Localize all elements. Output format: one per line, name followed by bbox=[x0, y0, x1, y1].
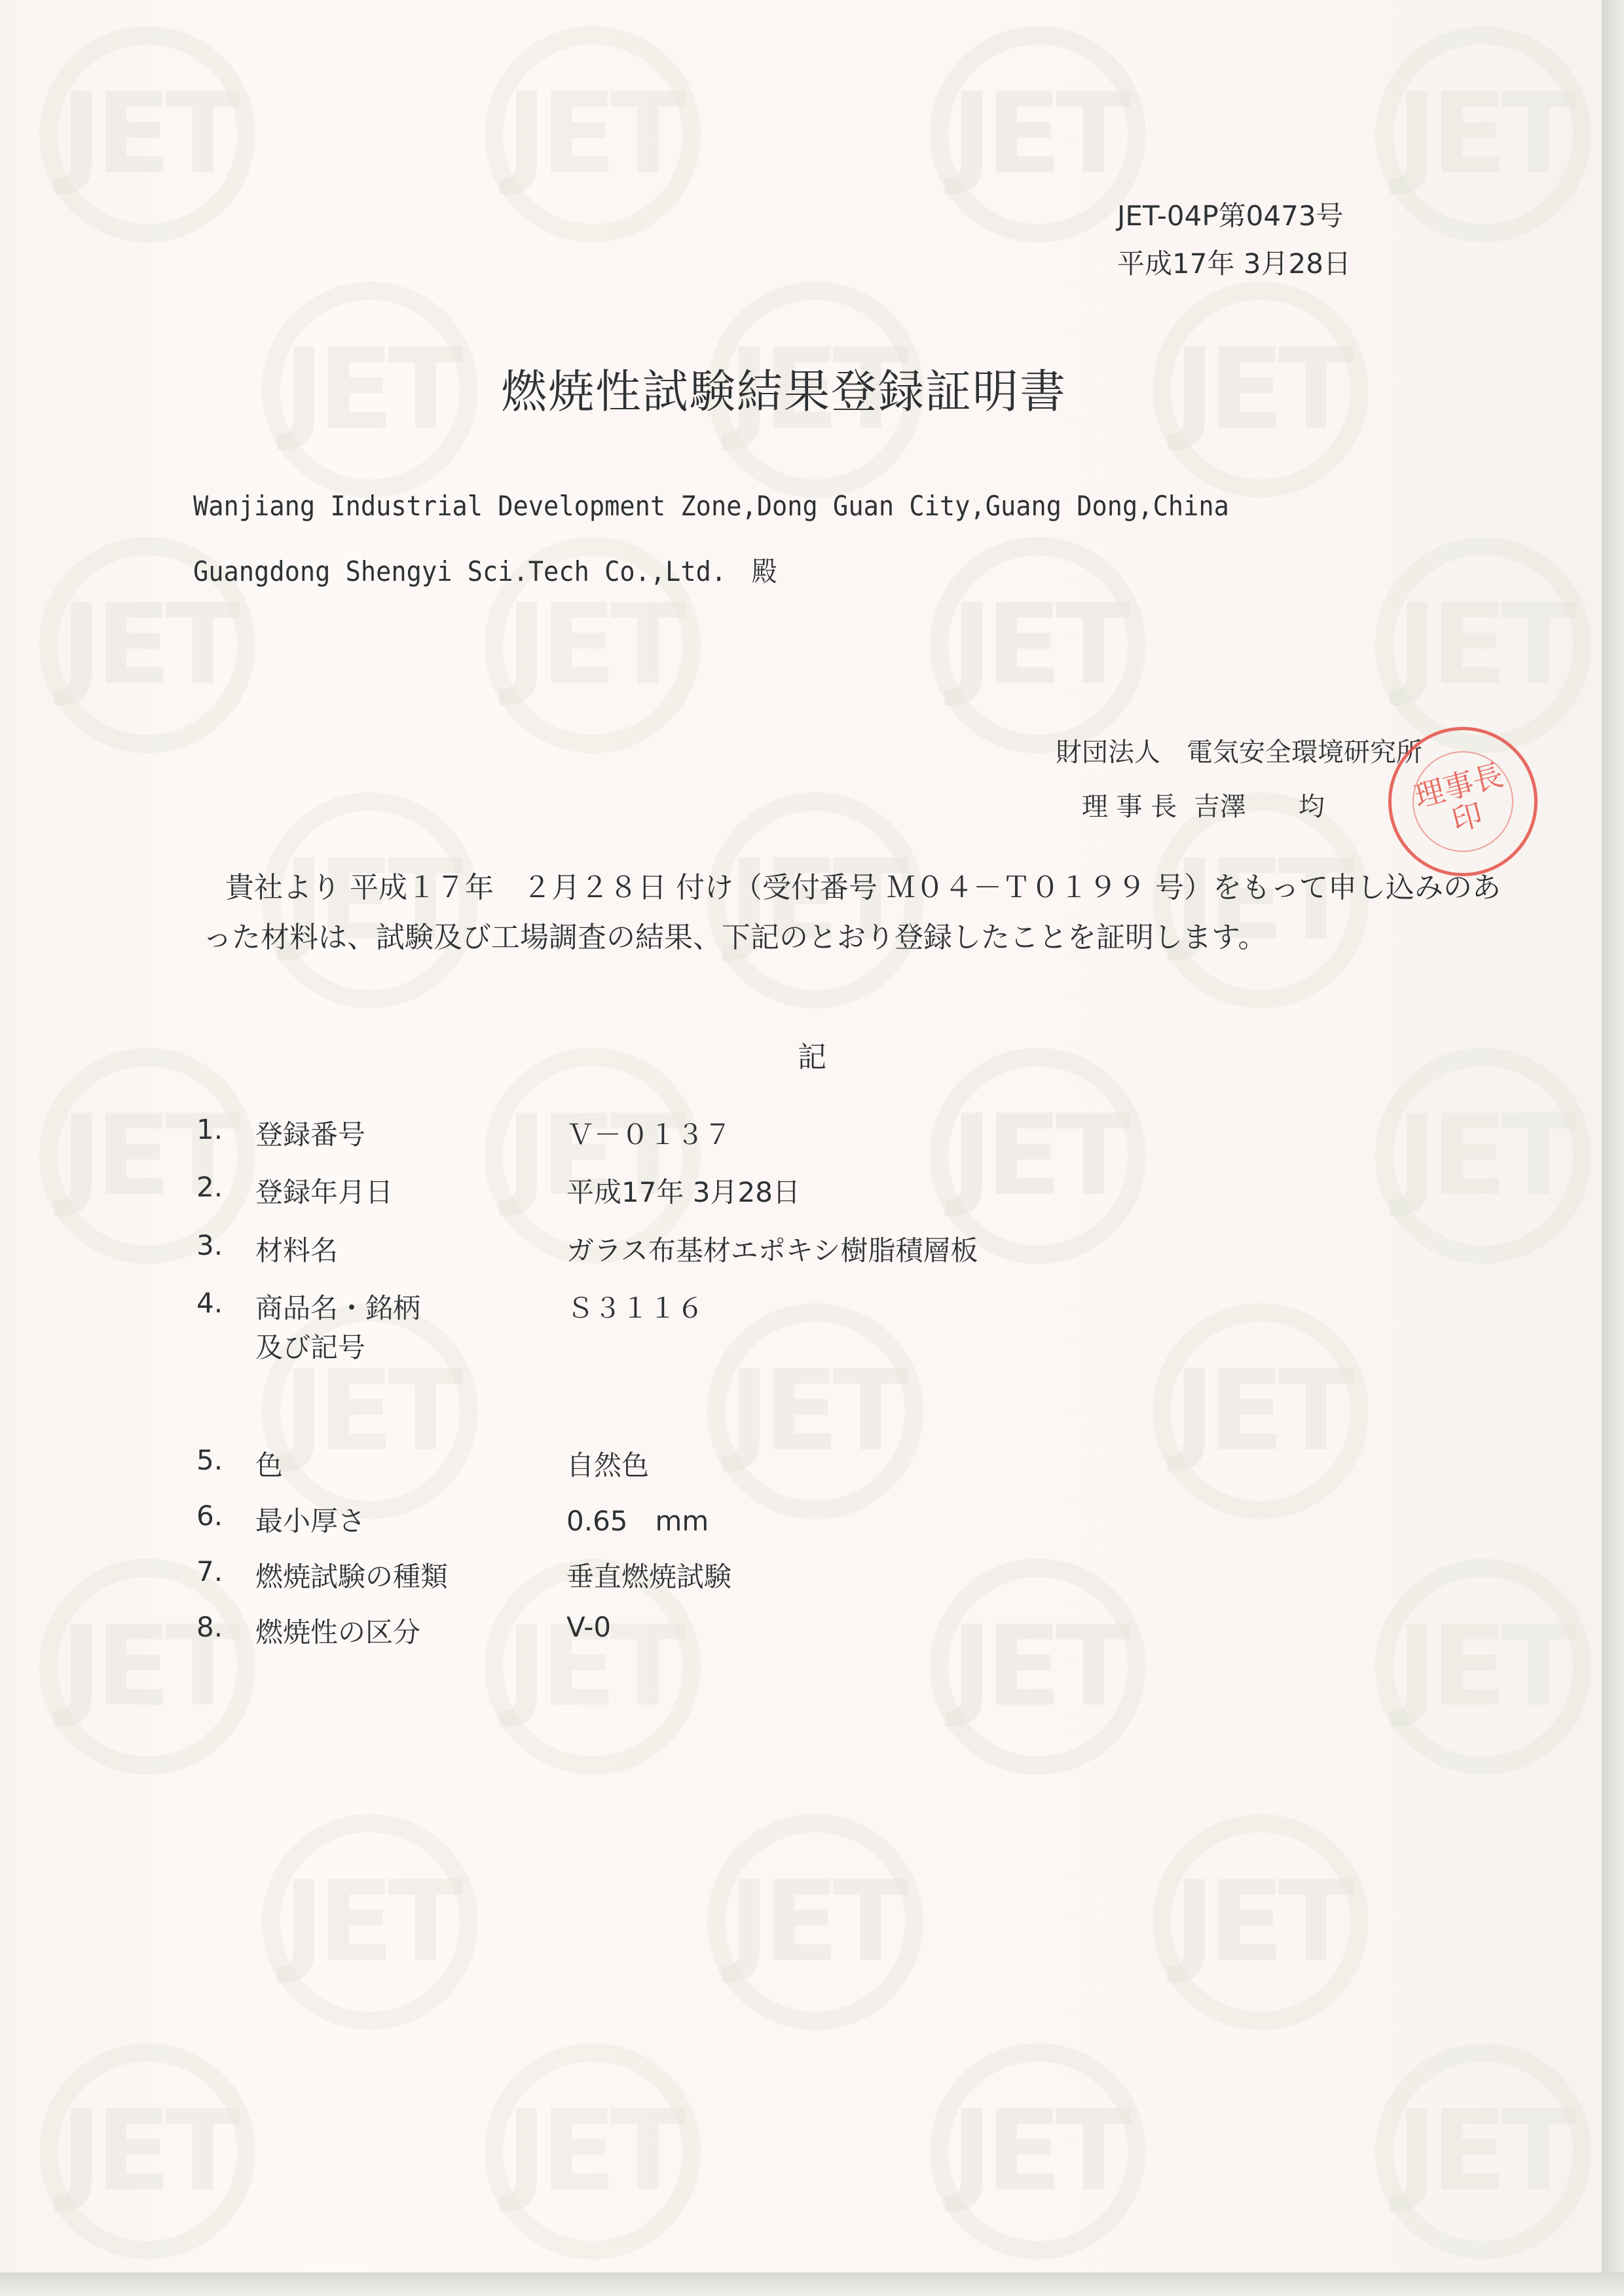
item-number: 7. bbox=[196, 1555, 249, 1587]
watermark-text: JET bbox=[1173, 1346, 1347, 1476]
item-number: 5. bbox=[196, 1444, 249, 1476]
item-number: 2. bbox=[196, 1171, 249, 1203]
jet-watermark-icon: JET bbox=[930, 1559, 1146, 1775]
watermark-text: JET bbox=[728, 1857, 902, 1987]
watermark-text: JET bbox=[283, 1857, 456, 1987]
item-label: 材料名 bbox=[255, 1229, 338, 1268]
jet-watermark-icon: JET bbox=[1375, 537, 1591, 753]
jet-watermark-icon: JET bbox=[1375, 1048, 1591, 1264]
watermark-text: JET bbox=[1396, 1602, 1570, 1731]
watermark-text: JET bbox=[1396, 69, 1570, 199]
item-value: ガラス布基材エポキシ樹脂積層板 bbox=[566, 1229, 978, 1268]
jet-watermark-icon: JET bbox=[485, 26, 701, 242]
watermark-text: JET bbox=[951, 1602, 1124, 1731]
jet-watermark-icon: JET bbox=[707, 1814, 923, 2030]
jet-watermark-icon: JET bbox=[1153, 282, 1369, 498]
watermark-text: JET bbox=[60, 580, 234, 710]
watermark-text: JET bbox=[951, 1091, 1124, 1221]
certification-text: 貴社より 平成１７年 ２月２８日 付け（受付番号 Ｍ０４－Ｔ０１９９ 号）をもっ… bbox=[203, 871, 1501, 954]
jet-watermark-icon: JET bbox=[39, 1559, 255, 1775]
document-title: 燃焼性試験結果登録証明書 bbox=[501, 355, 1067, 421]
jet-watermark-icon: JET bbox=[930, 26, 1146, 242]
jet-watermark-icon: JET bbox=[262, 282, 478, 498]
item-label: 登録番号 bbox=[255, 1113, 365, 1153]
watermark-text: JET bbox=[728, 1346, 902, 1476]
jet-watermark-icon: JET bbox=[1153, 1814, 1369, 2030]
watermark-text: JET bbox=[60, 2086, 234, 2216]
item-value: 垂直燃焼試験 bbox=[566, 1555, 731, 1595]
watermark-text: JET bbox=[951, 69, 1124, 199]
item-label: 登録年月日 bbox=[255, 1171, 393, 1210]
watermark-text: JET bbox=[1396, 580, 1570, 710]
watermark-text: JET bbox=[506, 2086, 679, 2216]
watermark-text: JET bbox=[506, 580, 679, 710]
item-label: 最小厚さ bbox=[255, 1500, 365, 1539]
issuer-signatory: 理 事 長 吉澤 均 bbox=[1082, 786, 1325, 823]
item-value: Ｓ３１１６ bbox=[566, 1287, 704, 1326]
watermark-text: JET bbox=[1396, 1091, 1570, 1221]
item-label: 商品名・銘柄 及び記号 bbox=[255, 1287, 420, 1365]
watermark-text: JET bbox=[1396, 2086, 1570, 2216]
item-number: 4. bbox=[196, 1287, 249, 1319]
item-number: 6. bbox=[196, 1500, 249, 1532]
item-label: 色 bbox=[255, 1444, 283, 1483]
watermark-text: JET bbox=[951, 580, 1124, 710]
official-seal-icon: 理事長印 bbox=[1388, 727, 1538, 876]
scan-edge-right bbox=[1602, 0, 1624, 2296]
watermark-text: JET bbox=[951, 2086, 1124, 2216]
issuer-organization: 財団法人 電気安全環境研究所 bbox=[1056, 731, 1422, 769]
watermark-text: JET bbox=[1173, 325, 1347, 454]
certification-statement: 貴社より 平成１７年 ２月２８日 付け（受付番号 Ｍ０４－Ｔ０１９９ 号）をもっ… bbox=[203, 863, 1526, 963]
reference-number: JET-04P第0473号 bbox=[1117, 196, 1344, 236]
item-value: Ｖ－０１３７ bbox=[566, 1113, 731, 1153]
watermark-text: JET bbox=[283, 325, 456, 454]
jet-watermark-icon: JET bbox=[262, 1814, 478, 2030]
item-label: 燃焼性の区分 bbox=[255, 1611, 420, 1650]
jet-watermark-icon: JET bbox=[930, 537, 1146, 753]
item-value: 平成17年 3月28日 bbox=[566, 1171, 800, 1210]
issue-date: 平成17年 3月28日 bbox=[1117, 242, 1351, 282]
item-value: V-0 bbox=[566, 1611, 611, 1643]
jet-watermark-icon: JET bbox=[39, 26, 255, 242]
recipient-company: Guangdong Shengyi Sci.Tech Co.,Ltd. 殿 bbox=[193, 550, 777, 589]
jet-watermark-icon: JET bbox=[707, 1303, 923, 1519]
item-number: 8. bbox=[196, 1611, 249, 1643]
jet-watermark-icon: JET bbox=[1375, 1559, 1591, 1775]
recipient-address: Wanjiang Industrial Development Zone,Don… bbox=[193, 490, 1229, 522]
jet-watermark-icon: JET bbox=[1375, 2043, 1591, 2259]
scan-edge-bottom bbox=[0, 2272, 1624, 2296]
item-number: 3. bbox=[196, 1229, 249, 1261]
watermark-text: JET bbox=[506, 69, 679, 199]
item-value: 自然色 bbox=[566, 1444, 649, 1483]
seal-text: 理事長印 bbox=[1401, 740, 1525, 864]
jet-watermark-icon: JET bbox=[930, 2043, 1146, 2259]
item-label: 燃焼試験の種類 bbox=[255, 1555, 448, 1595]
jet-watermark-icon: JET bbox=[485, 2043, 701, 2259]
item-number: 1. bbox=[196, 1113, 249, 1145]
watermark-text: JET bbox=[60, 69, 234, 199]
section-heading: 記 bbox=[798, 1033, 826, 1075]
item-value: 0.65 mm bbox=[566, 1500, 709, 1539]
jet-watermark-icon: JET bbox=[39, 2043, 255, 2259]
watermark-text: JET bbox=[283, 1346, 456, 1476]
jet-watermark-icon: JET bbox=[1153, 1303, 1369, 1519]
jet-watermark-icon: JET bbox=[1375, 26, 1591, 242]
watermark-text: JET bbox=[1173, 1857, 1347, 1987]
